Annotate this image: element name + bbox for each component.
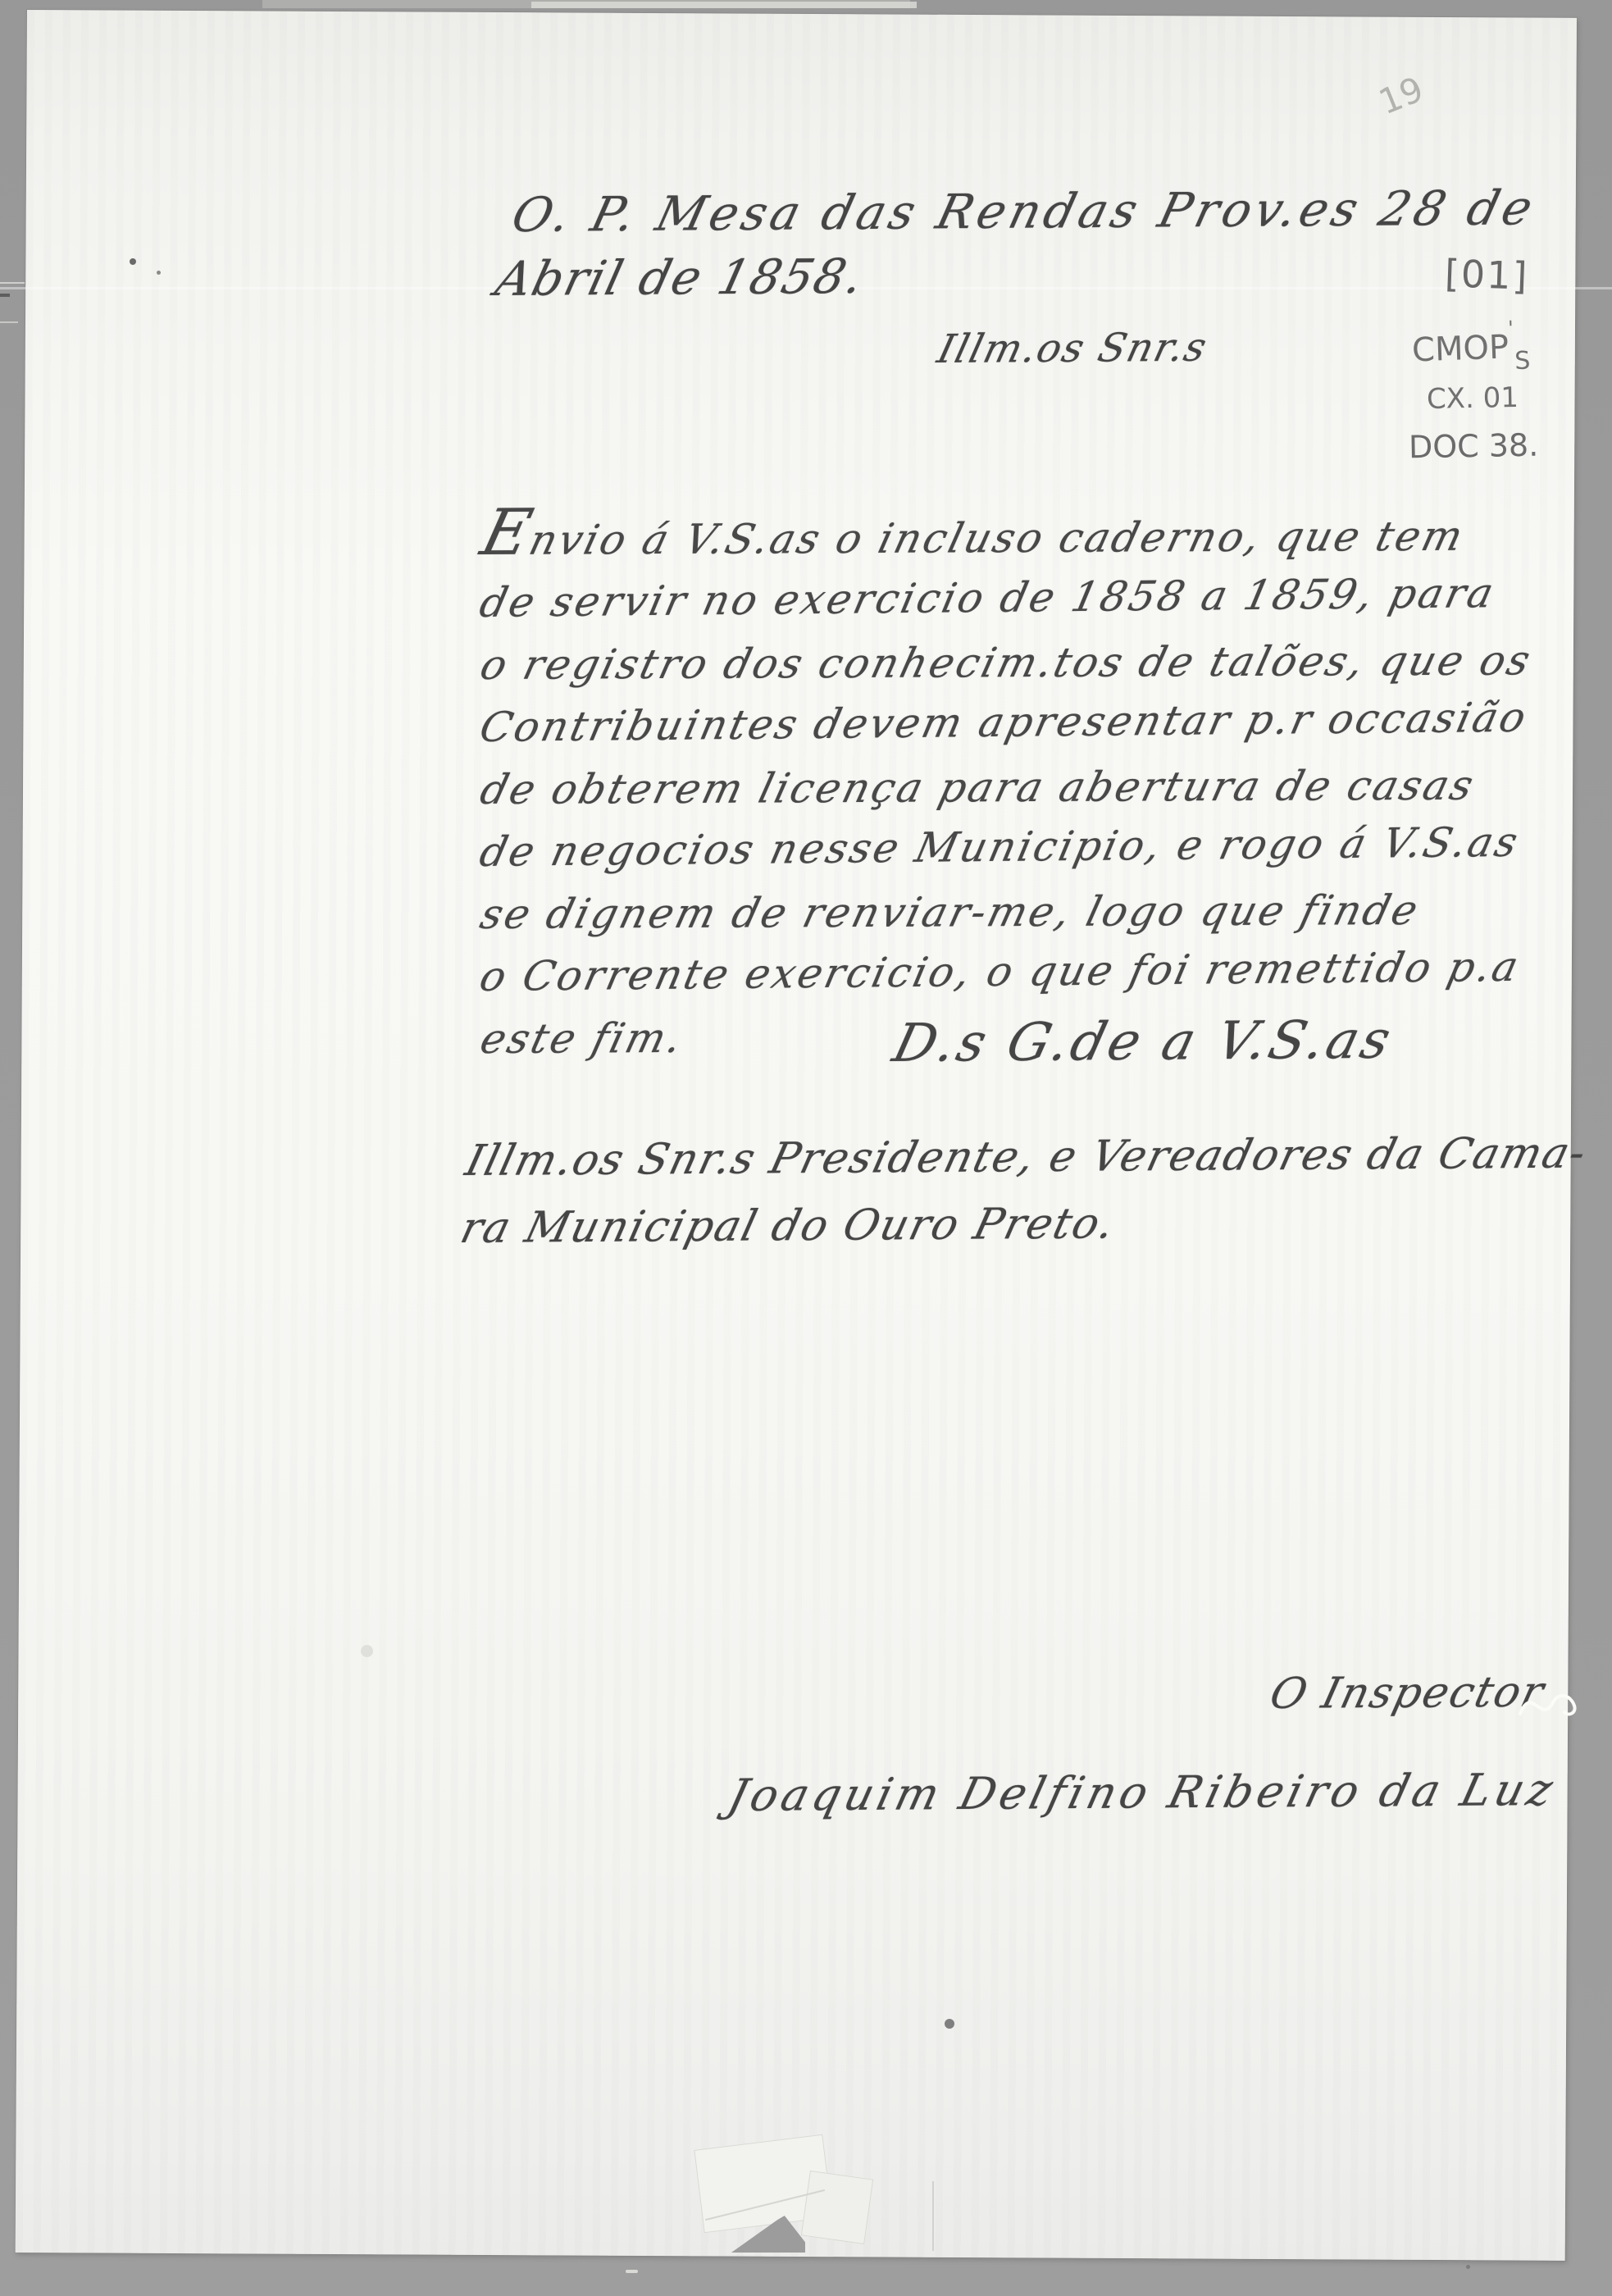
dateline-line2: Abril de 1858. xyxy=(490,248,870,307)
scan-line-artifact xyxy=(0,282,25,284)
speck xyxy=(1466,2265,1470,2269)
scan-line-artifact xyxy=(0,321,18,323)
body-line: de obterem licença para abertura de casa… xyxy=(474,754,1539,821)
body-line: o Corrente exercicio, o que foi remettid… xyxy=(474,936,1539,1008)
signature: Joaquim Delfino Ribeiro da Luz xyxy=(723,1764,1562,1821)
paper-blemish xyxy=(361,1645,373,1657)
ink-spot xyxy=(157,271,161,275)
body-line: se dignem de renviar-me, logo que finde xyxy=(474,878,1539,945)
body-line: Contribuintes devem apresentar p.r occas… xyxy=(474,686,1539,758)
fond-sub-s: S xyxy=(1514,346,1531,376)
thread-artifact xyxy=(1517,1678,1582,1730)
body-line: de servir no exercicio de 1858 a 1859, p… xyxy=(474,562,1539,634)
salutation: Illm.os Snr.s xyxy=(933,325,1213,372)
gray-spot xyxy=(945,2019,954,2029)
scanner-streak xyxy=(531,2,917,8)
archive-ref-bracket: [01] xyxy=(1444,251,1529,298)
scanned-document: 19 [01] CMOP'S CX. 01 DOC 38. O. P. Mesa… xyxy=(0,0,1612,2296)
speck xyxy=(626,2270,638,2273)
edge-mark xyxy=(0,294,10,297)
archive-doc-code: DOC 38. xyxy=(1409,427,1539,466)
addressee-line1: Illm.os Snr.s Presidente, e Vereadores d… xyxy=(461,1128,1592,1186)
archive-box-code: CX. 01 xyxy=(1427,381,1519,416)
archive-fond-code: CMOP'S xyxy=(1411,317,1531,380)
fond-apostrophe: ' xyxy=(1508,317,1514,339)
letter-body: Envio á V.S.as o incluso caderno, que te… xyxy=(474,502,1523,1070)
vertical-crease xyxy=(932,2181,934,2251)
addressee-line2: ra Municipal do Ouro Preto. xyxy=(456,1199,1121,1253)
ink-spot xyxy=(130,258,136,265)
body-line: de negocios nesse Municipio, e rogo á V.… xyxy=(474,811,1539,883)
torn-paper-flap xyxy=(801,2171,873,2244)
valediction: D.s G.de a V.S.as xyxy=(887,1010,1400,1074)
dateline-line1: O. P. Mesa das Rendas Prov.es 28 de xyxy=(507,180,1542,243)
signer-role: O Inspector xyxy=(1265,1668,1550,1719)
body-line: o registro dos conhecim.tos de talões, q… xyxy=(474,629,1539,696)
fond-main: CMOP xyxy=(1411,328,1510,369)
body-line: Envio á V.S.as o incluso caderno, que te… xyxy=(474,497,1541,572)
